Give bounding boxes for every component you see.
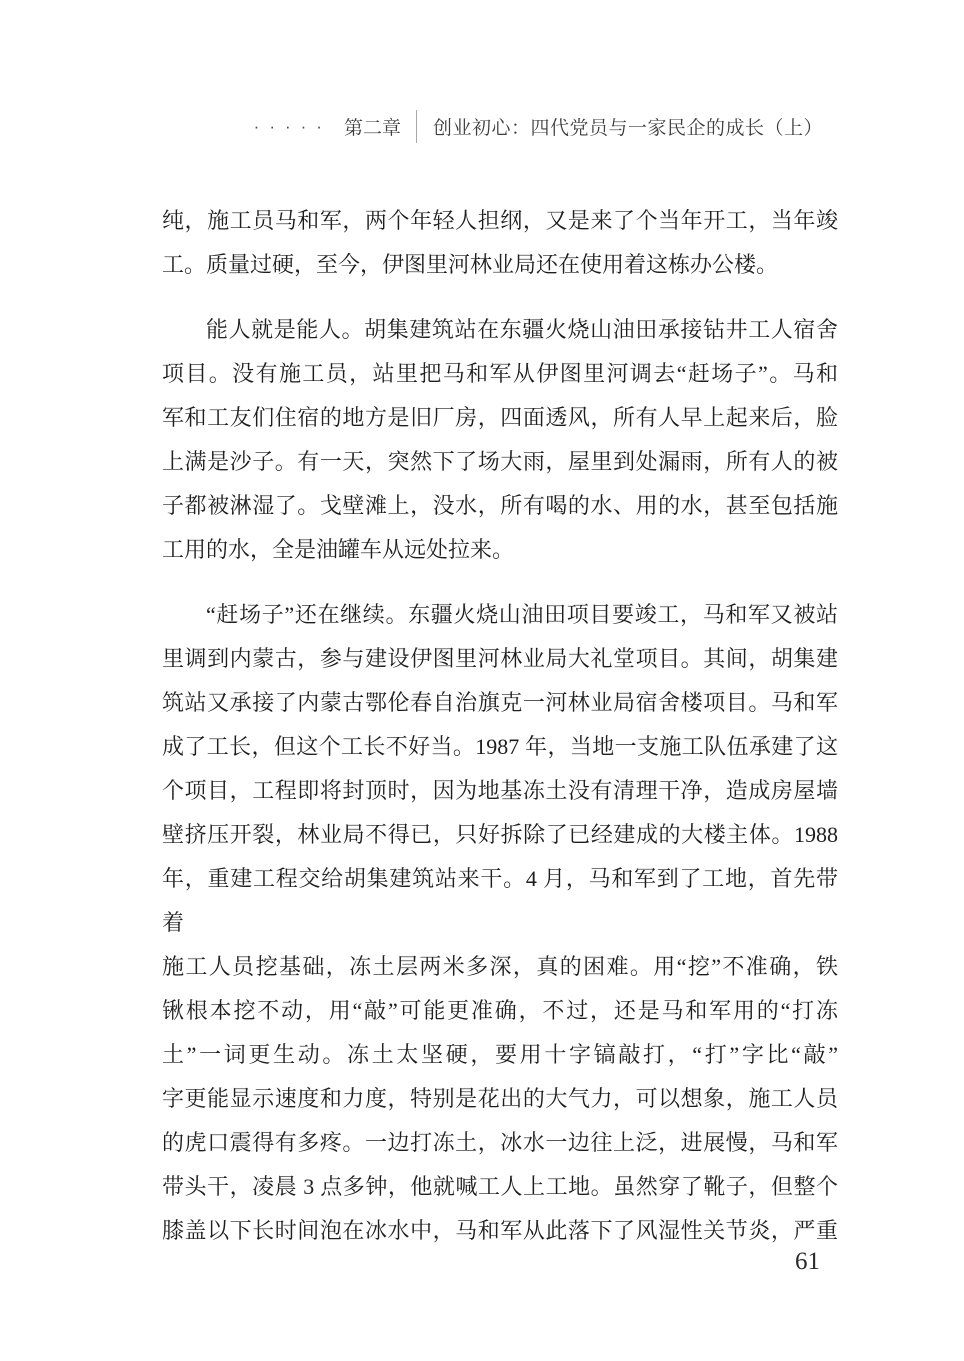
text-line: 施工人员挖基础，冻土层两米多深，真的困难。用“挖”不准确，铁 [162, 945, 838, 989]
text-line: 工用的水，全是油罐车从远处拉来。 [162, 528, 838, 572]
text-line: 个项目，工程即将封顶时，因为地基冻土没有清理干净，造成房屋墙 [162, 769, 838, 813]
text-line: 筑站又承接了内蒙古鄂伦春自治旗克一河林业局宿舍楼项目。马和军 [162, 681, 838, 725]
text-line: 膝盖以下长时间泡在冰水中，马和军从此落下了风湿性关节炎，严重 [162, 1209, 838, 1253]
text-line: 成了工长，但这个工长不好当。1987 年，当地一支施工队伍承建了这 [162, 725, 838, 769]
running-header: ····· 第二章 创业初心：四代党员与一家民企的成长（上） [254, 110, 823, 143]
text-line: 工。质量过硬，至今，伊图里河林业局还在使用着这栋办公楼。 [162, 243, 838, 287]
text-line: 纯，施工员马和军，两个年轻人担纲，又是来了个当年开工，当年竣 [162, 199, 838, 243]
page-number: 61 [795, 1248, 820, 1276]
text-line: 子都被淋湿了。戈壁滩上，没水，所有喝的水、用的水，甚至包括施 [162, 484, 838, 528]
text-line: 军和工友们住宿的地方是旧厂房，四面透风，所有人早上起来后，脸 [162, 396, 838, 440]
header-chapter-label: 第二章 [344, 113, 401, 140]
text-line: 年，重建工程交给胡集建筑站来干。4 月，马和军到了工地，首先带着 [162, 857, 838, 945]
header-divider-line [416, 110, 417, 143]
paragraph-1: 纯，施工员马和军，两个年轻人担纲，又是来了个当年开工，当年竣工。质量过硬，至今，… [162, 199, 838, 287]
page-body: 纯，施工员马和军，两个年轻人担纲，又是来了个当年开工，当年竣工。质量过硬，至今，… [162, 199, 838, 1253]
text-line: “赶场子”还在继续。东疆火烧山油田项目要竣工，马和军又被站 [162, 593, 838, 637]
text-line: 带头干，凌晨 3 点多钟，他就喊工人上工地。虽然穿了靴子，但整个 [162, 1165, 838, 1209]
paragraph-3: “赶场子”还在继续。东疆火烧山油田项目要竣工，马和军又被站里调到内蒙古，参与建设… [162, 593, 838, 1253]
text-line: 的虎口震得有多疼。一边打冻土，冰水一边往上泛，进展慢，马和军 [162, 1121, 838, 1165]
text-line: 土”一词更生动。冻土太坚硬，要用十字镐敲打，“打”字比“敲” [162, 1033, 838, 1077]
header-chapter-title: 创业初心：四代党员与一家民企的成长（上） [433, 113, 823, 140]
text-line: 壁挤压开裂，林业局不得已，只好拆除了已经建成的大楼主体。1988 [162, 813, 838, 857]
text-line: 锹根本挖不动，用“敲”可能更准确，不过，还是马和军用的“打冻 [162, 989, 838, 1033]
text-line: 能人就是能人。胡集建筑站在东疆火烧山油田承接钻井工人宿舍 [162, 308, 838, 352]
text-line: 上满是沙子。有一天，突然下了场大雨，屋里到处漏雨，所有人的被 [162, 440, 838, 484]
header-dots: ····· [254, 117, 332, 137]
text-line: 字更能显示速度和力度，特别是花出的大气力，可以想象，施工人员 [162, 1077, 838, 1121]
paragraph-2: 能人就是能人。胡集建筑站在东疆火烧山油田承接钻井工人宿舍项目。没有施工员，站里把… [162, 308, 838, 572]
book-page: ····· 第二章 创业初心：四代党员与一家民企的成长（上） 纯，施工员马和军，… [0, 0, 964, 1361]
text-line: 项目。没有施工员，站里把马和军从伊图里河调去“赶场子”。马和 [162, 352, 838, 396]
text-line: 里调到内蒙古，参与建设伊图里河林业局大礼堂项目。其间，胡集建 [162, 637, 838, 681]
